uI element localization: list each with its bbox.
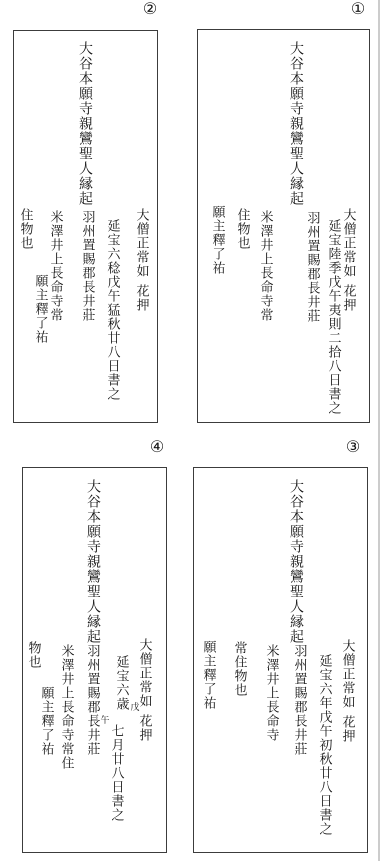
page-edge-line bbox=[378, 0, 380, 861]
column-date-stem-small: 戊 bbox=[130, 702, 139, 711]
column-donor-line: 願主釋了祐 bbox=[35, 274, 48, 344]
column-donor-line: 願主釋了祐 bbox=[41, 686, 54, 756]
column-date-branch-small: 午 bbox=[100, 715, 109, 724]
text-abbot-name: 大僧正常如 bbox=[341, 639, 356, 709]
text-date-text: 延宝六年戊午初秋廿八日書之 bbox=[318, 654, 333, 836]
column-date-line: 延宝陸季戊午夷則二拾八日書之 bbox=[328, 219, 341, 415]
text-title-text: 大谷本願寺親鸞聖人縁起 bbox=[85, 479, 100, 644]
text-possession-text: 住物也 bbox=[19, 208, 34, 250]
column-temple-line: 米澤井上長命寺常 bbox=[260, 210, 273, 322]
text-stem-text: 戊 bbox=[130, 702, 140, 711]
text-province-text: 羽州置賜郡長井莊 bbox=[293, 644, 308, 756]
text-possession-text: 物也 bbox=[27, 641, 42, 669]
text-donor-text: 願主釋了祐 bbox=[34, 274, 49, 344]
column-date-line: 延宝六年戊午初秋廿八日書之 bbox=[319, 654, 332, 836]
column-title: 大谷本願寺親鸞聖人縁起 bbox=[288, 479, 302, 644]
text-branch-text: 午 bbox=[100, 715, 110, 724]
column-temple-line: 米澤井上長命寺 bbox=[266, 644, 279, 742]
text-date-era-text: 延宝六歳 bbox=[115, 655, 130, 711]
panel-number-4: ④ bbox=[150, 440, 164, 456]
panel-number-1: ① bbox=[351, 2, 365, 18]
column-province-line: 羽州置賜郡長井莊 bbox=[294, 644, 307, 756]
column-abbot-signature: 大僧正常如花押 bbox=[136, 208, 149, 312]
scan-page: ②大谷本願寺親鸞聖人縁起大僧正常如花押延宝六稔戊午猛秋廿八日書之羽州置賜郡長井莊… bbox=[0, 0, 382, 861]
text-title-text: 大谷本願寺親鸞聖人縁起 bbox=[77, 41, 92, 206]
column-abbot-signature: 大僧正常如花押 bbox=[139, 638, 152, 742]
text-possession-text: 住物也 bbox=[236, 208, 251, 250]
text-temple-text: 米澤井上長命寺常 bbox=[259, 210, 274, 322]
text-kao-mark: 花押 bbox=[341, 715, 356, 743]
column-title: 大谷本願寺親鸞聖人縁起 bbox=[77, 41, 91, 206]
column-possession-line: 常住物也 bbox=[234, 641, 247, 697]
text-abbot-name: 大僧正常如 bbox=[138, 638, 153, 708]
column-title: 大谷本願寺親鸞聖人縁起 bbox=[288, 41, 302, 206]
column-date-line: 延宝六稔戊午猛秋廿八日書之 bbox=[107, 219, 120, 401]
text-date-rest-text: 七月廿八日書之 bbox=[110, 724, 125, 822]
panel-3-frame: 大谷本願寺親鸞聖人縁起大僧正常如花押延宝六年戊午初秋廿八日書之羽州置賜郡長井莊米… bbox=[193, 467, 368, 853]
text-donor-text: 願主釋了祐 bbox=[202, 640, 217, 710]
text-donor-text: 願主釋了祐 bbox=[40, 686, 55, 756]
column-date-era: 延宝六歳 bbox=[116, 655, 129, 711]
text-date-text: 延宝六稔戊午猛秋廿八日書之 bbox=[106, 219, 121, 401]
column-province-line: 羽州置賜郡長井莊 bbox=[307, 211, 320, 323]
text-temple-text: 米澤井上長命寺 bbox=[265, 644, 280, 742]
column-abbot-signature: 大僧正常如花押 bbox=[343, 208, 356, 312]
panel-number-3: ③ bbox=[346, 440, 360, 456]
column-possession-line: 住物也 bbox=[20, 208, 33, 250]
column-donor-line: 願主釋了祐 bbox=[212, 205, 225, 275]
text-abbot-name: 大僧正常如 bbox=[135, 208, 150, 278]
text-province-text: 羽州置賜郡長井莊 bbox=[86, 644, 101, 756]
text-province-text: 羽州置賜郡長井莊 bbox=[81, 210, 96, 322]
panel-2-frame: 大谷本願寺親鸞聖人縁起大僧正常如花押延宝六稔戊午猛秋廿八日書之羽州置賜郡長井莊米… bbox=[13, 30, 158, 423]
text-date-text: 延宝陸季戊午夷則二拾八日書之 bbox=[327, 219, 342, 415]
column-possession-line: 住物也 bbox=[237, 208, 250, 250]
panel-4-frame: 大谷本願寺親鸞聖人縁起大僧正常如花押延宝六歳戊午七月廿八日書之羽州置賜郡長井莊米… bbox=[22, 467, 167, 853]
text-donor-text: 願主釋了祐 bbox=[211, 205, 226, 275]
column-date-rest: 七月廿八日書之 bbox=[111, 724, 124, 822]
text-kao-mark: 花押 bbox=[135, 284, 150, 312]
column-title: 大谷本願寺親鸞聖人縁起 bbox=[85, 479, 99, 644]
text-temple-text: 米澤井上長命寺常 bbox=[49, 210, 64, 322]
panel-number-2: ② bbox=[143, 2, 157, 18]
panel-1-frame: 大谷本願寺親鸞聖人縁起大僧正常如花押延宝陸季戊午夷則二拾八日書之羽州置賜郡長井莊… bbox=[197, 29, 370, 423]
text-kao-mark: 花押 bbox=[138, 714, 153, 742]
column-donor-line: 願主釋了祐 bbox=[203, 640, 216, 710]
column-temple-line: 米澤井上長命寺常住 bbox=[61, 644, 74, 770]
text-temple-text: 米澤井上長命寺常住 bbox=[60, 644, 75, 770]
column-possession-line: 物也 bbox=[28, 641, 41, 669]
text-province-text: 羽州置賜郡長井莊 bbox=[306, 211, 321, 323]
text-abbot-name: 大僧正常如 bbox=[342, 208, 357, 278]
text-possession-text: 常住物也 bbox=[233, 641, 248, 697]
text-kao-mark: 花押 bbox=[342, 284, 357, 312]
column-province-line: 羽州置賜郡長井莊 bbox=[82, 210, 95, 322]
column-temple-line: 米澤井上長命寺常 bbox=[50, 210, 63, 322]
text-title-text: 大谷本願寺親鸞聖人縁起 bbox=[288, 41, 303, 206]
text-title-text: 大谷本願寺親鸞聖人縁起 bbox=[288, 479, 303, 644]
column-province-line: 羽州置賜郡長井莊 bbox=[87, 644, 100, 756]
column-abbot-signature: 大僧正常如花押 bbox=[342, 639, 355, 743]
